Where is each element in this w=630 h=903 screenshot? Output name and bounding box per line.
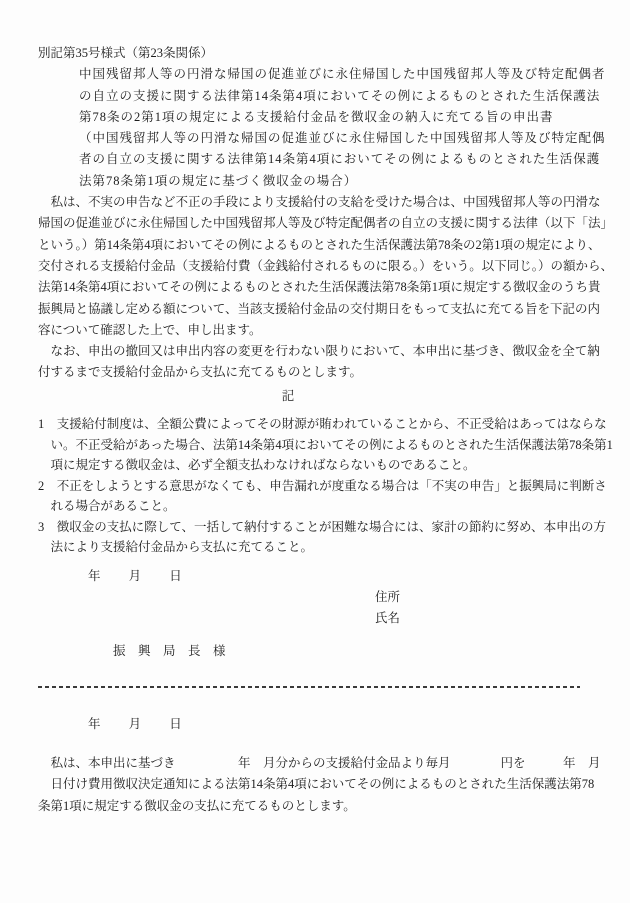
document-page: 別記第35号様式（第23条関係） 中国残留邦人等の円滑な帰国の促進並びに永住帰国… bbox=[0, 0, 630, 903]
cut-separator-line bbox=[38, 686, 580, 688]
date-line-submission: 年 月 日 bbox=[38, 566, 630, 587]
document-title: 中国残留邦人等の円滑な帰国の促進並びに永住帰国した中国残留邦人等及び特定配偶者 … bbox=[79, 64, 630, 192]
body-paragraph: 私は、不実の申告など不正の手段により支援給付の支給を受けた場合は、中国残留邦人等… bbox=[38, 192, 630, 384]
name-label: 氏名 bbox=[375, 608, 630, 629]
addressee-line: 振 興 局 長 様 bbox=[38, 641, 630, 662]
signature-block: 住所 氏名 bbox=[38, 587, 630, 630]
notes-list: 1 支援給付制度は、全額公費によってその財源が賄われていることから、不正受給はあ… bbox=[38, 414, 630, 558]
address-label: 住所 bbox=[375, 587, 630, 608]
date-line-lower: 年 月 日 bbox=[38, 714, 630, 735]
ki-heading: 記 bbox=[38, 386, 538, 407]
form-number: 別記第35号様式（第23条関係） bbox=[38, 43, 630, 64]
footer-paragraph: 私は、本申出に基づき 年 月分からの支援給付金品より毎月 円を 年 月 日付け費… bbox=[38, 753, 630, 817]
